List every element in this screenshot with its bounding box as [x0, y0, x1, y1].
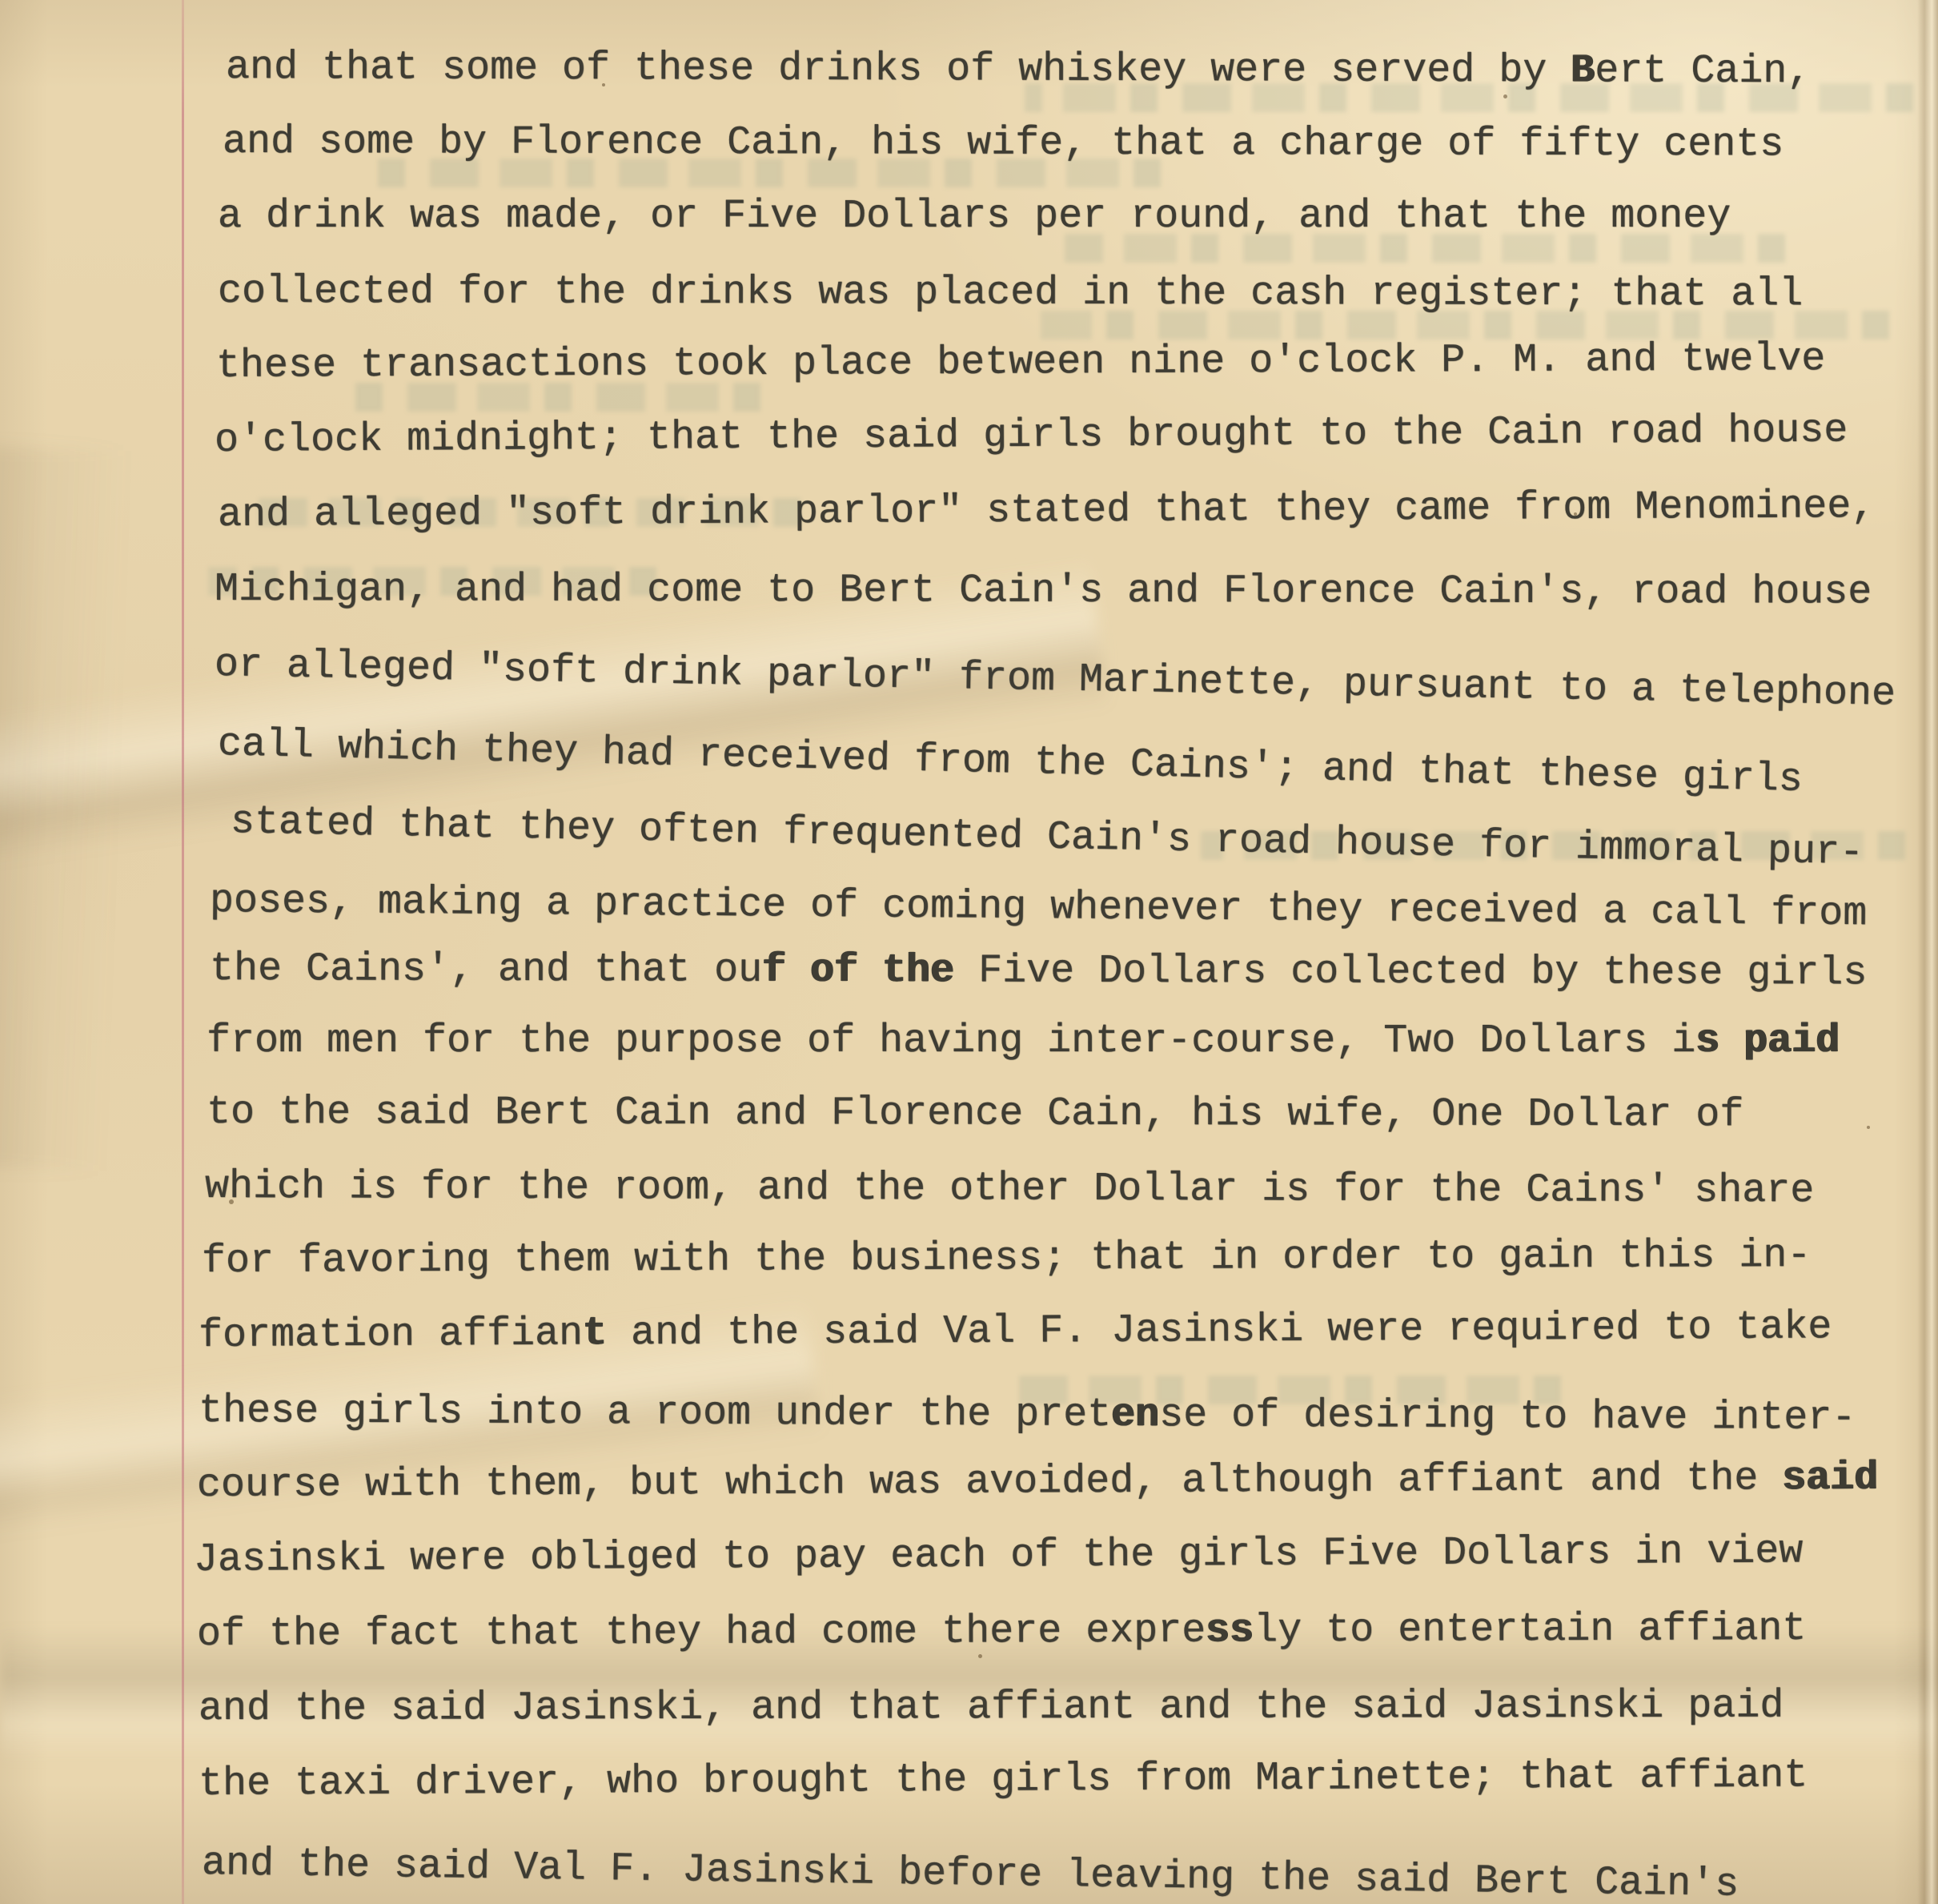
typed-text: Jasinski were obliged to pay each of the…: [194, 1528, 1804, 1583]
typed-line: which is for the room, and the other Dol…: [205, 1167, 1814, 1211]
paper-speck: [1867, 1126, 1870, 1129]
paper-page: and that some of these drinks of whiskey…: [0, 0, 1938, 1904]
paper-fold-shadow-left: [0, 445, 173, 1173]
typed-line: and the said Jasinski, and that affiant …: [199, 1687, 1784, 1729]
typed-text: collected for the drinks was placed in t…: [218, 269, 1803, 317]
overstruck-text: en: [1111, 1392, 1159, 1438]
paper-right-edge-seam: [1917, 0, 1938, 1904]
paper-speck: [602, 83, 605, 86]
typed-text: which is for the room, and the other Dol…: [205, 1164, 1814, 1214]
typed-line: poses, making a practice of coming whene…: [210, 882, 1868, 934]
typed-line: collected for the drinks was placed in t…: [218, 272, 1803, 315]
typed-line: the Cains', and that ouf of the Five Dol…: [210, 950, 1867, 994]
typed-text: stated that they often frequented Cain's…: [230, 799, 1864, 876]
typed-text: o'clock midnight; that the said girls br…: [215, 408, 1848, 464]
typed-line: these girls into a room under the preten…: [199, 1392, 1856, 1439]
typed-text: these transactions took place between ni…: [216, 336, 1826, 389]
typed-text: Five Dollars collected by these girls: [954, 949, 1867, 997]
typed-text: call which they had received from the Ca…: [217, 721, 1803, 803]
typed-text: ly to entertain affiant: [1254, 1606, 1806, 1653]
typed-text: for favoring them with the business; tha…: [202, 1233, 1812, 1284]
overstruck-text: s paid: [1695, 1018, 1840, 1064]
typed-text: and that some of these drinks of whiskey…: [226, 45, 1571, 94]
typed-line: and that some of these drinks of whiskey…: [226, 48, 1811, 92]
typed-text: the taxi driver, who brought the girls f…: [199, 1753, 1808, 1807]
typed-line: stated that they often frequented Cain's…: [231, 802, 1864, 874]
typed-text: poses, making a practice of coming whene…: [210, 878, 1868, 937]
typed-text: a drink was made, or Five Dollars per ro…: [218, 194, 1731, 239]
typed-text: formation affian: [199, 1312, 583, 1360]
typed-text: and the said Val F. Jasinski were requir…: [607, 1305, 1832, 1357]
typed-line: the taxi driver, who brought the girls f…: [199, 1756, 1808, 1805]
typed-line: and some by Florence Cain, his wife, tha…: [223, 123, 1784, 165]
typed-line: to the said Bert Cain and Florence Cain,…: [207, 1093, 1743, 1135]
typed-text: or alleged "soft drink parlor" from Mari…: [215, 642, 1896, 717]
typed-text: course with them, but which was avoided,…: [197, 1456, 1783, 1508]
typed-line: formation affiant and the said Val F. Ja…: [199, 1308, 1832, 1357]
overstruck-text: t: [583, 1312, 607, 1357]
red-margin-rule-line: [182, 0, 184, 1904]
typed-line: course with them, but which was avoided,…: [197, 1459, 1879, 1506]
overstruck-text: said: [1782, 1456, 1878, 1502]
typed-line: a drink was made, or Five Dollars per ro…: [218, 197, 1731, 237]
typed-line: call which they had received from the Ca…: [217, 725, 1803, 801]
typed-text: and the said Val F. Jasinski before leav…: [202, 1841, 1739, 1904]
typed-line: and the said Val F. Jasinski before leav…: [202, 1844, 1739, 1904]
typed-text: Michigan, and had come to Bert Cain's an…: [215, 567, 1872, 616]
typed-line: for favoring them with the business; tha…: [202, 1236, 1811, 1282]
paper-speck: [229, 1199, 234, 1204]
typed-line: o'clock midnight; that the said girls br…: [215, 412, 1848, 461]
overstruck-text: ss: [1206, 1609, 1254, 1654]
typed-line: or alleged "soft drink parlor" from Mari…: [215, 645, 1896, 715]
typed-text: se of desiring to have inter-: [1159, 1392, 1856, 1441]
typed-text: and alleged "soft drink parlor" stated t…: [218, 484, 1876, 538]
typed-line: Jasinski were obliged to pay each of the…: [194, 1532, 1804, 1581]
paper-speck: [1574, 512, 1577, 516]
typed-text: of the fact that they had come there exp…: [197, 1609, 1206, 1657]
typed-text: the Cains', and that ou: [210, 946, 762, 994]
typed-text: from men for the purpose of having inter…: [207, 1018, 1695, 1064]
typed-line: of the fact that they had come there exp…: [197, 1609, 1807, 1655]
typed-line: and alleged "soft drink parlor" stated t…: [218, 487, 1876, 536]
typed-text: these girls into a room under the pret: [199, 1388, 1111, 1438]
typed-line: these transactions took place between ni…: [216, 339, 1826, 387]
paper-speck: [1503, 94, 1507, 98]
typed-line: Michigan, and had come to Bert Cain's an…: [215, 570, 1872, 613]
paper-speck: [978, 1654, 982, 1658]
typed-text: ert Cain,: [1595, 48, 1811, 94]
typed-text: and the said Jasinski, and that affiant …: [199, 1684, 1784, 1732]
typed-text: and some by Florence Cain, his wife, tha…: [223, 119, 1784, 167]
typed-text: to the said Bert Cain and Florence Cain,…: [207, 1090, 1743, 1138]
overstruck-text: f of the: [762, 948, 954, 994]
overstruck-text: B: [1571, 48, 1595, 94]
typed-line: from men for the purpose of having inter…: [207, 1022, 1840, 1062]
